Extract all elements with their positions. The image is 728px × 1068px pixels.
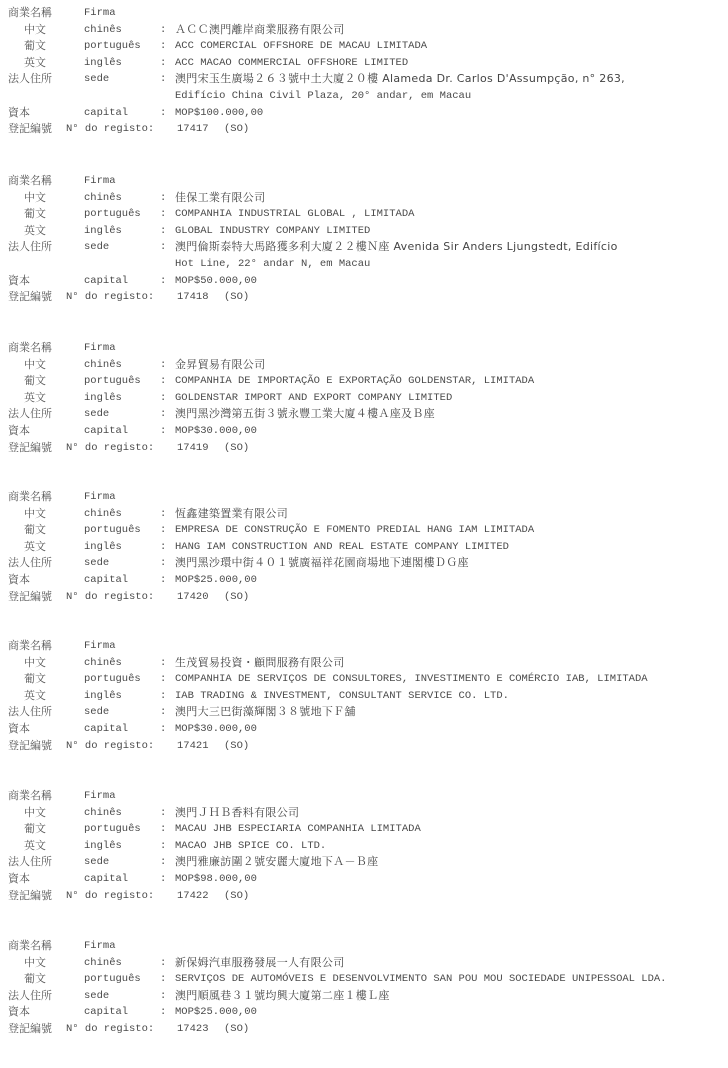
ingles-name-value: GOLDENSTAR IMPORT AND EXPORT COMPANY LIM… (175, 390, 452, 407)
firma-label-zh: 商業名稱 (8, 5, 52, 22)
portugues-row: 葡文 português : SERVIÇOS DE AUTOMÓVEIS E … (0, 971, 728, 988)
colon: : (160, 572, 166, 589)
capital-row: 資本 capital : MOP$25.000,00 (0, 572, 728, 589)
portugues-label-zh: 葡文 (24, 522, 46, 539)
chines-row: 中文 chinês : 金昇貿易有限公司 (0, 357, 728, 374)
sede-label-zh: 法人住所 (8, 555, 52, 572)
chines-label-zh: 中文 (24, 190, 46, 207)
firma-row: 商業名稱 Firma (0, 938, 728, 955)
firma-label-pt: Firma (84, 489, 116, 506)
chines-row: 中文 chinês : 生茂貿易投資・顧問服務有限公司 (0, 655, 728, 672)
sede-row: 法人住所 sede : 澳門倫斯泰特大馬路獲多利大廈２２樓Ｎ座 Avenida … (0, 239, 728, 256)
portugues-name-value: COMPANHIA INDUSTRIAL GLOBAL , LIMITADA (175, 206, 414, 223)
registo-label-pt: N° do registo: (66, 589, 154, 606)
ingles-row: 英文 inglês : GLOBAL INDUSTRY COMPANY LIMI… (0, 223, 728, 240)
portugues-name-value: COMPANHIA DE SERVIÇOS DE CONSULTORES, IN… (175, 671, 648, 688)
colon: : (160, 373, 166, 390)
portugues-name-value: COMPANHIA DE IMPORTAÇÃO E EXPORTAÇÃO GOL… (175, 373, 534, 390)
ingles-label-zh: 英文 (24, 838, 46, 855)
registo-label-zh: 登記編號 (8, 289, 52, 306)
company-record-17423: 商業名稱 Firma 中文 chinês : 新保姆汽車服務發展一人有限公司 葡… (0, 938, 728, 1038)
capital-label-pt: capital (84, 871, 128, 888)
ingles-label-pt: inglês (84, 539, 122, 556)
colon: : (160, 22, 166, 39)
colon: : (160, 190, 166, 207)
colon: : (160, 688, 166, 705)
colon: : (160, 721, 166, 738)
registo-number: 17417 (177, 121, 209, 138)
ingles-name-value: HANG IAM CONSTRUCTION AND REAL ESTATE CO… (175, 539, 509, 556)
portugues-label-zh: 葡文 (24, 373, 46, 390)
registo-number: 17419 (177, 440, 209, 457)
company-record-17418: 商業名稱 Firma 中文 chinês : 佳保工業有限公司 葡文 portu… (0, 173, 728, 306)
registo-number: 17422 (177, 888, 209, 905)
portugues-label-zh: 葡文 (24, 971, 46, 988)
capital-label-zh: 資本 (8, 572, 30, 589)
capital-row: 資本 capital : MOP$100.000,00 (0, 105, 728, 122)
ingles-label-zh: 英文 (24, 55, 46, 72)
colon: : (160, 671, 166, 688)
company-record-17417: 商業名稱 Firma 中文 chinês : ＡＣＣ澳門離岸商業服務有限公司 葡… (0, 5, 728, 138)
ingles-label-pt: inglês (84, 223, 122, 240)
firma-label-zh: 商業名稱 (8, 938, 52, 955)
sede-value-line1: 澳門雅廉訪圍２號安麗大廈地下Ａ－Ｂ座 (175, 854, 378, 871)
ingles-row: 英文 inglês : GOLDENSTAR IMPORT AND EXPORT… (0, 390, 728, 407)
chines-row: 中文 chinês : 澳門ＪＨＢ香料有限公司 (0, 805, 728, 822)
sede-value-line1: 澳門倫斯泰特大馬路獲多利大廈２２樓Ｎ座 Avenida Sir Anders L… (175, 239, 618, 256)
sede-value-line1: 澳門黑沙灣第五街３號永豐工業大廈４樓Ａ座及Ｂ座 (175, 406, 435, 423)
ingles-name-value: ACC MACAO COMMERCIAL OFFSHORE LIMITED (175, 55, 408, 72)
portugues-label-pt: português (84, 522, 141, 539)
sede-row: 法人住所 sede : 澳門順風巷３１號均興大廈第二座１樓Ｌ座 (0, 988, 728, 1005)
firma-label-zh: 商業名稱 (8, 489, 52, 506)
sede-row: 法人住所 sede : 澳門黑沙環中街４０１號廣福祥花園商場地下連閣樓ＤＧ座 (0, 555, 728, 572)
capital-row: 資本 capital : MOP$30.000,00 (0, 721, 728, 738)
registo-suffix: (SO) (224, 1021, 249, 1038)
company-record-17422: 商業名稱 Firma 中文 chinês : 澳門ＪＨＢ香料有限公司 葡文 po… (0, 788, 728, 904)
firma-label-pt: Firma (84, 938, 116, 955)
registo-row: 登記編號 N° do registo: 17422 (SO) (0, 888, 728, 905)
firma-label-pt: Firma (84, 788, 116, 805)
capital-value: MOP$50.000,00 (175, 273, 257, 290)
ingles-row: 英文 inglês : MACAO JHB SPICE CO. LTD. (0, 838, 728, 855)
capital-label-zh: 資本 (8, 423, 30, 440)
chines-name-value: 金昇貿易有限公司 (175, 357, 265, 374)
ingles-label-zh: 英文 (24, 539, 46, 556)
ingles-name-value: MACAO JHB SPICE CO. LTD. (175, 838, 326, 855)
chines-name-value: 生茂貿易投資・顧問服務有限公司 (175, 655, 345, 672)
portugues-row: 葡文 português : COMPANHIA DE SERVIÇOS DE … (0, 671, 728, 688)
registo-number: 17423 (177, 1021, 209, 1038)
sede-value-line2: Hot Line, 22° andar N, em Macau (175, 256, 370, 273)
ingles-row: 英文 inglês : HANG IAM CONSTRUCTION AND RE… (0, 539, 728, 556)
sede-label-pt: sede (84, 71, 109, 88)
company-record-17421: 商業名稱 Firma 中文 chinês : 生茂貿易投資・顧問服務有限公司 葡… (0, 638, 728, 754)
ingles-label-zh: 英文 (24, 223, 46, 240)
portugues-name-value: ACC COMERCIAL OFFSHORE DE MACAU LIMITADA (175, 38, 427, 55)
sede-row: 法人住所 sede : 澳門黑沙灣第五街３號永豐工業大廈４樓Ａ座及Ｂ座 (0, 406, 728, 423)
colon: : (160, 838, 166, 855)
capital-value: MOP$30.000,00 (175, 423, 257, 440)
sede-label-pt: sede (84, 854, 109, 871)
registo-label-pt: N° do registo: (66, 440, 154, 457)
registo-label-pt: N° do registo: (66, 888, 154, 905)
registo-suffix: (SO) (224, 738, 249, 755)
registo-number: 17418 (177, 289, 209, 306)
chines-row: 中文 chinês : ＡＣＣ澳門離岸商業服務有限公司 (0, 22, 728, 39)
ingles-label-zh: 英文 (24, 688, 46, 705)
portugues-label-pt: português (84, 38, 141, 55)
registo-row: 登記編號 N° do registo: 17419 (SO) (0, 440, 728, 457)
sede-label-zh: 法人住所 (8, 406, 52, 423)
chines-name-value: 恆鑫建築置業有限公司 (175, 506, 288, 523)
colon: : (160, 239, 166, 256)
registo-row: 登記編號 N° do registo: 17421 (SO) (0, 738, 728, 755)
colon: : (160, 854, 166, 871)
sede-row-continued: Hot Line, 22° andar N, em Macau (0, 256, 728, 273)
sede-label-pt: sede (84, 555, 109, 572)
portugues-label-zh: 葡文 (24, 206, 46, 223)
ingles-row: 英文 inglês : ACC MACAO COMMERCIAL OFFSHOR… (0, 55, 728, 72)
colon: : (160, 821, 166, 838)
portugues-row: 葡文 português : MACAU JHB ESPECIARIA COMP… (0, 821, 728, 838)
colon: : (160, 206, 166, 223)
colon: : (160, 223, 166, 240)
chines-name-value: 澳門ＪＨＢ香料有限公司 (175, 805, 299, 822)
colon: : (160, 390, 166, 407)
colon: : (160, 655, 166, 672)
sede-label-zh: 法人住所 (8, 239, 52, 256)
chines-label-pt: chinês (84, 655, 122, 672)
sede-row-continued: Edifício China Civil Plaza, 20° andar, e… (0, 88, 728, 105)
capital-label-pt: capital (84, 423, 128, 440)
chines-label-pt: chinês (84, 357, 122, 374)
portugues-label-zh: 葡文 (24, 671, 46, 688)
portugues-label-pt: português (84, 373, 141, 390)
sede-value-line1: 澳門黑沙環中街４０１號廣福祥花園商場地下連閣樓ＤＧ座 (175, 555, 469, 572)
firma-label-zh: 商業名稱 (8, 788, 52, 805)
colon: : (160, 555, 166, 572)
registo-label-zh: 登記編號 (8, 589, 52, 606)
portugues-row: 葡文 português : COMPANHIA INDUSTRIAL GLOB… (0, 206, 728, 223)
sede-value-line2: Edifício China Civil Plaza, 20° andar, e… (175, 88, 471, 105)
registo-suffix: (SO) (224, 289, 249, 306)
portugues-label-zh: 葡文 (24, 38, 46, 55)
capital-label-zh: 資本 (8, 105, 30, 122)
firma-row: 商業名稱 Firma (0, 788, 728, 805)
sede-row: 法人住所 sede : 澳門宋玉生廣場２６３號中土大廈２０樓 Alameda D… (0, 71, 728, 88)
registo-label-zh: 登記編號 (8, 888, 52, 905)
chines-label-pt: chinês (84, 22, 122, 39)
registo-label-pt: N° do registo: (66, 289, 154, 306)
registo-suffix: (SO) (224, 440, 249, 457)
registo-label-zh: 登記編號 (8, 1021, 52, 1038)
capital-value: MOP$25.000,00 (175, 1004, 257, 1021)
capital-value: MOP$25.000,00 (175, 572, 257, 589)
portugues-row: 葡文 português : EMPRESA DE CONSTRUÇÃO E F… (0, 522, 728, 539)
sede-label-pt: sede (84, 406, 109, 423)
chines-name-value: 佳保工業有限公司 (175, 190, 265, 207)
chines-label-zh: 中文 (24, 22, 46, 39)
sede-value-line1: 澳門大三巴街藻輝閣３８號地下Ｆ舖 (175, 704, 356, 721)
portugues-label-zh: 葡文 (24, 821, 46, 838)
chines-label-zh: 中文 (24, 955, 46, 972)
ingles-label-pt: inglês (84, 688, 122, 705)
portugues-label-pt: português (84, 971, 141, 988)
firma-row: 商業名稱 Firma (0, 489, 728, 506)
colon: : (160, 1004, 166, 1021)
ingles-label-pt: inglês (84, 838, 122, 855)
colon: : (160, 971, 166, 988)
chines-label-pt: chinês (84, 190, 122, 207)
ingles-name-value: IAB TRADING & INVESTMENT, CONSULTANT SER… (175, 688, 509, 705)
registo-label-pt: N° do registo: (66, 1021, 154, 1038)
registo-number: 17420 (177, 589, 209, 606)
chines-row: 中文 chinês : 恆鑫建築置業有限公司 (0, 506, 728, 523)
sede-label-pt: sede (84, 704, 109, 721)
colon: : (160, 955, 166, 972)
colon: : (160, 38, 166, 55)
ingles-label-pt: inglês (84, 55, 122, 72)
sede-label-zh: 法人住所 (8, 988, 52, 1005)
sede-value-line1: 澳門順風巷３１號均興大廈第二座１樓Ｌ座 (175, 988, 390, 1005)
ingles-name-value: GLOBAL INDUSTRY COMPANY LIMITED (175, 223, 370, 240)
colon: : (160, 539, 166, 556)
firma-row: 商業名稱 Firma (0, 638, 728, 655)
capital-row: 資本 capital : MOP$50.000,00 (0, 273, 728, 290)
firma-label-pt: Firma (84, 638, 116, 655)
ingles-label-zh: 英文 (24, 390, 46, 407)
company-record-17420: 商業名稱 Firma 中文 chinês : 恆鑫建築置業有限公司 葡文 por… (0, 489, 728, 605)
chines-row: 中文 chinês : 新保姆汽車服務發展一人有限公司 (0, 955, 728, 972)
colon: : (160, 805, 166, 822)
capital-label-pt: capital (84, 721, 128, 738)
firma-label-pt: Firma (84, 173, 116, 190)
colon: : (160, 423, 166, 440)
sede-label-zh: 法人住所 (8, 854, 52, 871)
sede-label-pt: sede (84, 988, 109, 1005)
firma-label-pt: Firma (84, 5, 116, 22)
capital-label-zh: 資本 (8, 273, 30, 290)
capital-label-zh: 資本 (8, 721, 30, 738)
colon: : (160, 357, 166, 374)
chines-label-zh: 中文 (24, 805, 46, 822)
chines-label-pt: chinês (84, 955, 122, 972)
firma-label-zh: 商業名稱 (8, 638, 52, 655)
chines-name-value: 新保姆汽車服務發展一人有限公司 (175, 955, 345, 972)
portugues-label-pt: português (84, 821, 141, 838)
firma-row: 商業名稱 Firma (0, 5, 728, 22)
portugues-label-pt: português (84, 671, 141, 688)
capital-row: 資本 capital : MOP$25.000,00 (0, 1004, 728, 1021)
registo-label-pt: N° do registo: (66, 738, 154, 755)
chines-label-pt: chinês (84, 805, 122, 822)
firma-label-zh: 商業名稱 (8, 340, 52, 357)
portugues-name-value: EMPRESA DE CONSTRUÇÃO E FOMENTO PREDIAL … (175, 522, 534, 539)
capital-value: MOP$30.000,00 (175, 721, 257, 738)
chines-label-zh: 中文 (24, 655, 46, 672)
chines-label-pt: chinês (84, 506, 122, 523)
chines-row: 中文 chinês : 佳保工業有限公司 (0, 190, 728, 207)
capital-label-zh: 資本 (8, 1004, 30, 1021)
colon: : (160, 988, 166, 1005)
sede-value-line1: 澳門宋玉生廣場２６３號中土大廈２０樓 Alameda Dr. Carlos D'… (175, 71, 625, 88)
registo-row: 登記編號 N° do registo: 17418 (SO) (0, 289, 728, 306)
capital-label-pt: capital (84, 572, 128, 589)
portugues-row: 葡文 português : COMPANHIA DE IMPORTAÇÃO E… (0, 373, 728, 390)
firma-label-pt: Firma (84, 340, 116, 357)
capital-value: MOP$100.000,00 (175, 105, 263, 122)
chines-label-zh: 中文 (24, 506, 46, 523)
colon: : (160, 55, 166, 72)
sede-label-pt: sede (84, 239, 109, 256)
registo-label-pt: N° do registo: (66, 121, 154, 138)
chines-label-zh: 中文 (24, 357, 46, 374)
colon: : (160, 506, 166, 523)
firma-row: 商業名稱 Firma (0, 173, 728, 190)
capital-label-pt: capital (84, 105, 128, 122)
sede-row: 法人住所 sede : 澳門雅廉訪圍２號安麗大廈地下Ａ－Ｂ座 (0, 854, 728, 871)
capital-row: 資本 capital : MOP$98.000,00 (0, 871, 728, 888)
ingles-label-pt: inglês (84, 390, 122, 407)
registo-row: 登記編號 N° do registo: 17423 (SO) (0, 1021, 728, 1038)
registo-suffix: (SO) (224, 121, 249, 138)
registo-number: 17421 (177, 738, 209, 755)
company-record-17419: 商業名稱 Firma 中文 chinês : 金昇貿易有限公司 葡文 portu… (0, 340, 728, 456)
capital-label-pt: capital (84, 273, 128, 290)
colon: : (160, 71, 166, 88)
colon: : (160, 704, 166, 721)
capital-row: 資本 capital : MOP$30.000,00 (0, 423, 728, 440)
colon: : (160, 105, 166, 122)
sede-label-zh: 法人住所 (8, 704, 52, 721)
registo-suffix: (SO) (224, 888, 249, 905)
sede-row: 法人住所 sede : 澳門大三巴街藻輝閣３８號地下Ｆ舖 (0, 704, 728, 721)
colon: : (160, 871, 166, 888)
portugues-name-value: MACAU JHB ESPECIARIA COMPANHIA LIMITADA (175, 821, 421, 838)
registo-label-zh: 登記編號 (8, 121, 52, 138)
colon: : (160, 273, 166, 290)
firma-label-zh: 商業名稱 (8, 173, 52, 190)
registo-row: 登記編號 N° do registo: 17417 (SO) (0, 121, 728, 138)
registo-suffix: (SO) (224, 589, 249, 606)
firma-row: 商業名稱 Firma (0, 340, 728, 357)
capital-value: MOP$98.000,00 (175, 871, 257, 888)
sede-label-zh: 法人住所 (8, 71, 52, 88)
registo-row: 登記編號 N° do registo: 17420 (SO) (0, 589, 728, 606)
portugues-label-pt: português (84, 206, 141, 223)
registo-label-zh: 登記編號 (8, 440, 52, 457)
registo-label-zh: 登記編號 (8, 738, 52, 755)
colon: : (160, 522, 166, 539)
colon: : (160, 406, 166, 423)
capital-label-pt: capital (84, 1004, 128, 1021)
portugues-name-value: SERVIÇOS DE AUTOMÓVEIS E DESENVOLVIMENTO… (175, 971, 666, 988)
chines-name-value: ＡＣＣ澳門離岸商業服務有限公司 (175, 22, 345, 39)
ingles-row: 英文 inglês : IAB TRADING & INVESTMENT, CO… (0, 688, 728, 705)
portugues-row: 葡文 português : ACC COMERCIAL OFFSHORE DE… (0, 38, 728, 55)
capital-label-zh: 資本 (8, 871, 30, 888)
